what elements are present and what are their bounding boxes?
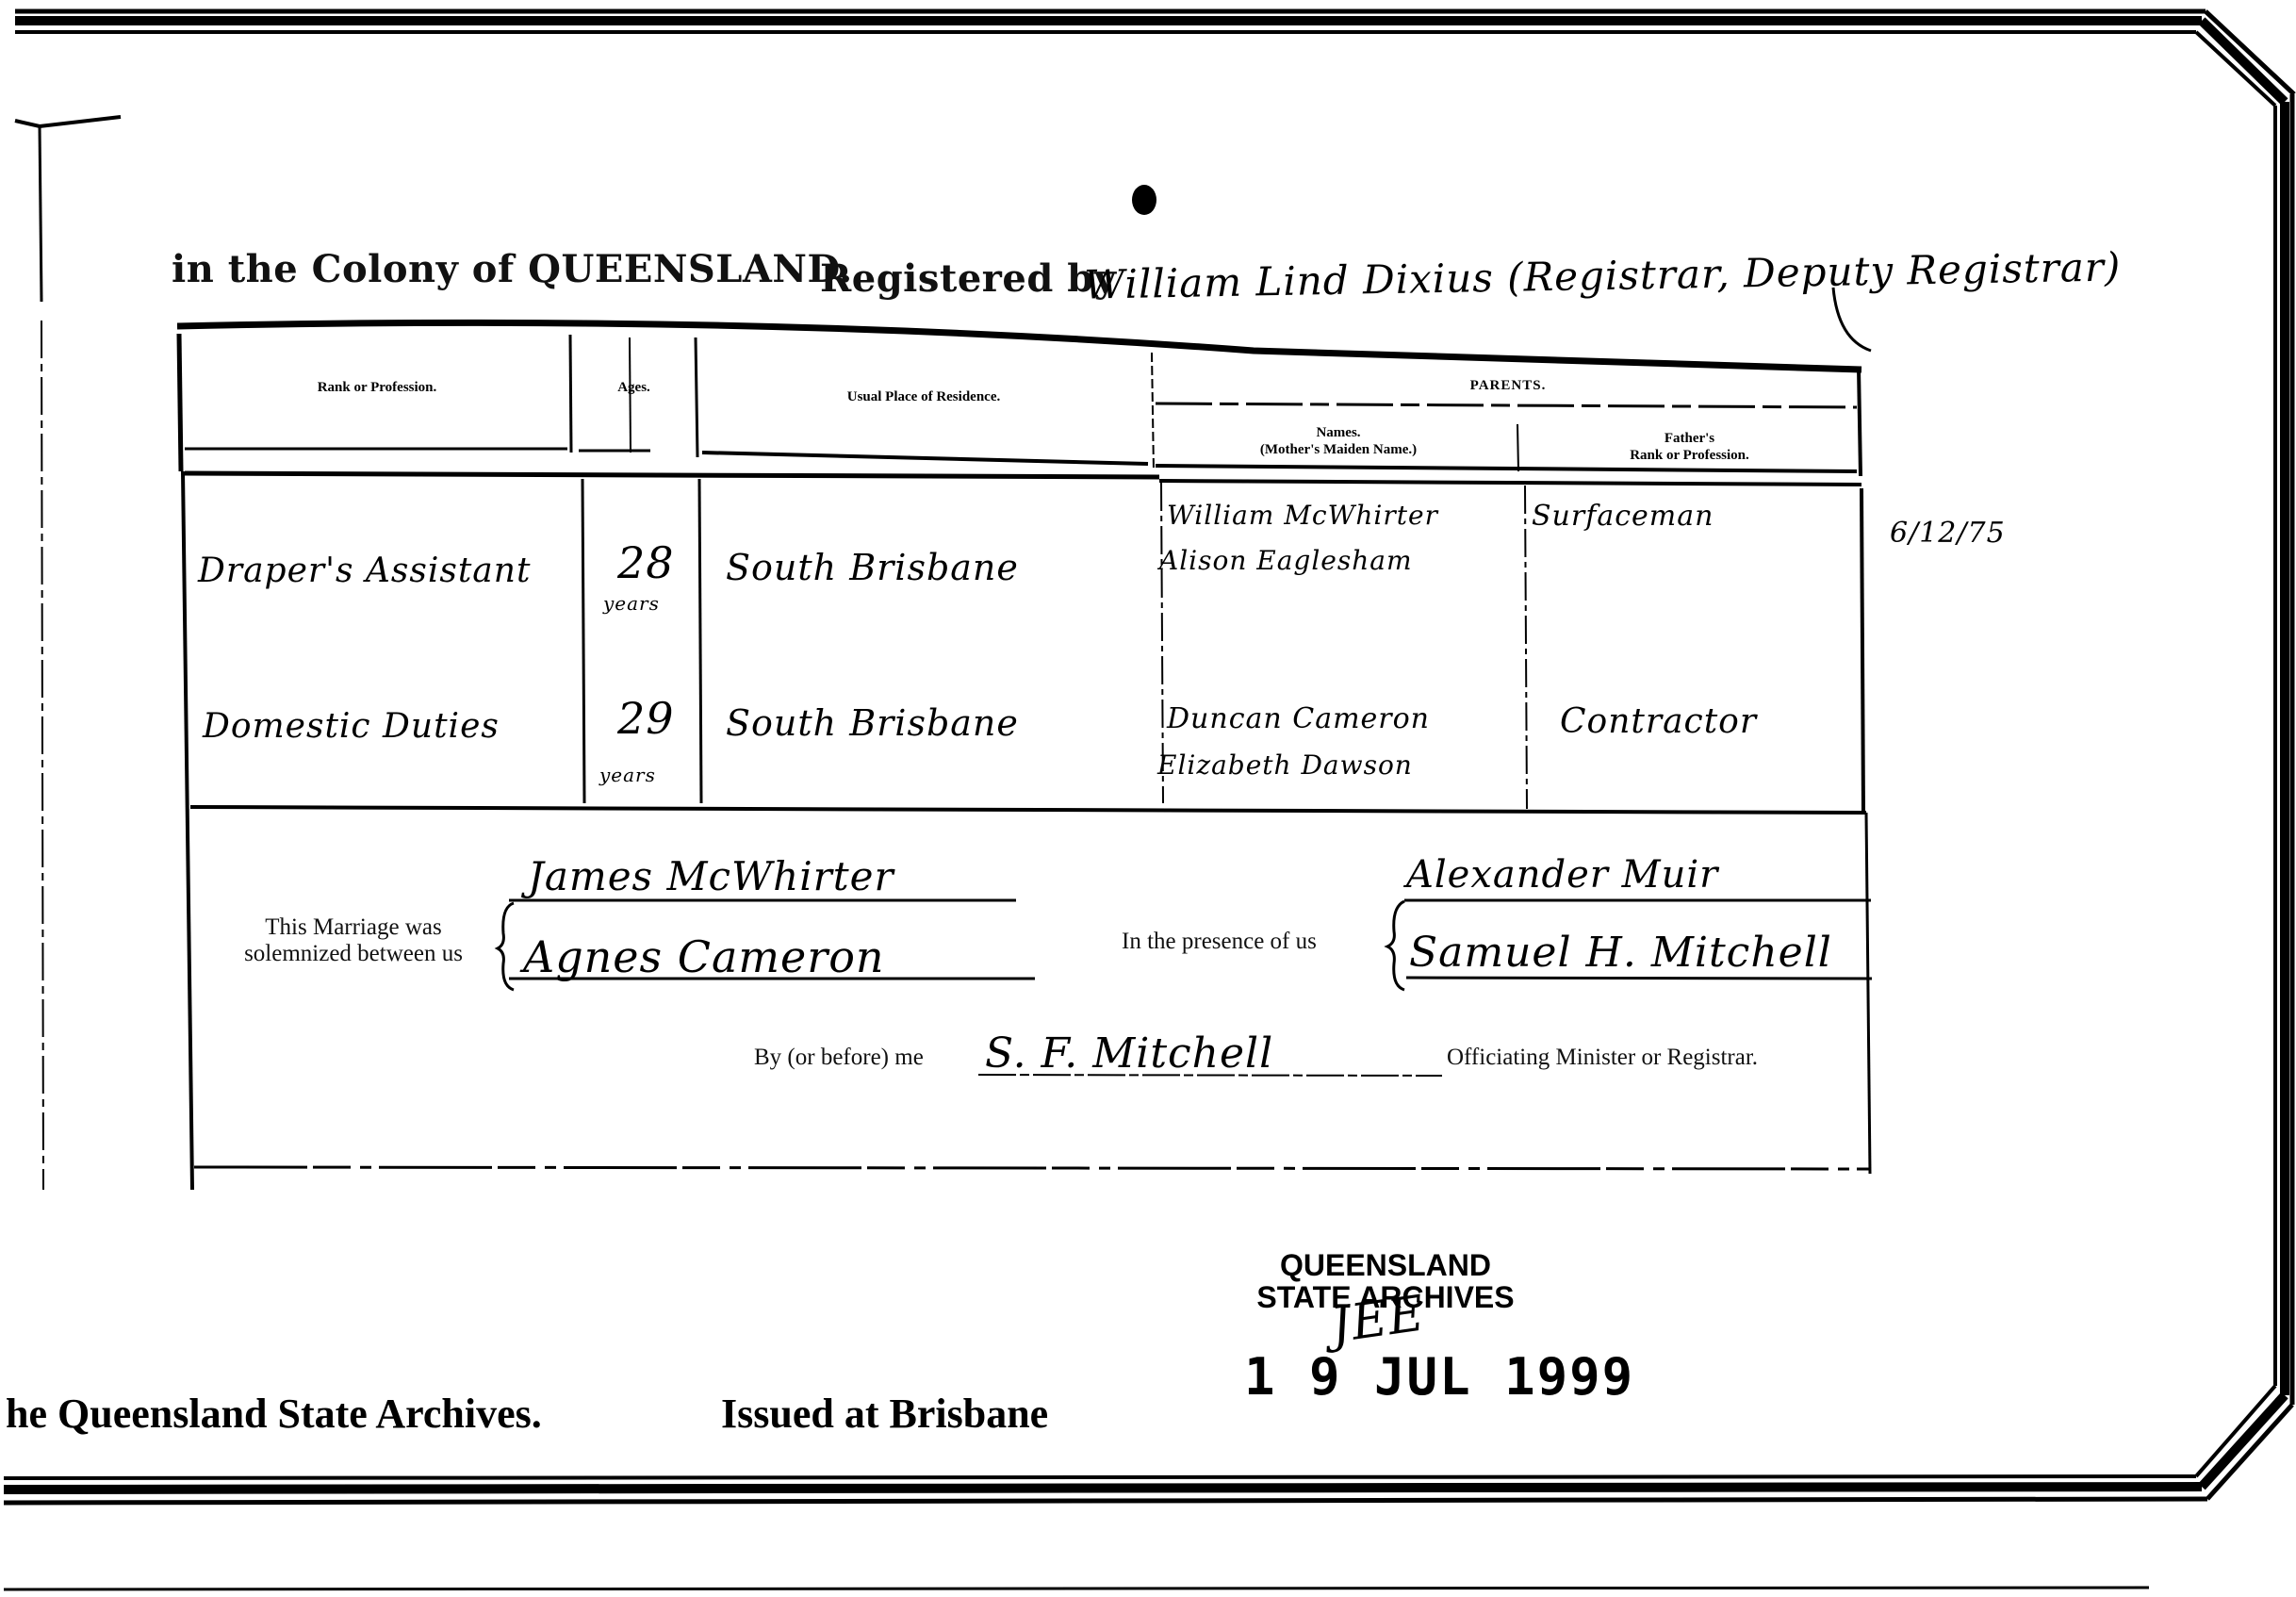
column-header-ages: Ages. (575, 379, 693, 396)
column-header-rank: Rank or Profession. (189, 379, 566, 396)
issued-at-text: Issued at Brisbane (721, 1390, 1048, 1438)
column-header-father-rank: Father's Rank or Profession. (1522, 430, 1857, 464)
row2-rank: Domestic Duties (203, 707, 500, 746)
stamp-line1: QUEENSLAND (1244, 1249, 1527, 1281)
row1-age: 28 (617, 537, 675, 588)
margin-note: 6/12/75 (1890, 517, 2006, 550)
row2-mother-name: Elizabeth Dawson (1157, 749, 1413, 781)
row2-age: 29 (617, 693, 675, 744)
row1-residence: South Brisbane (726, 547, 1019, 588)
row1-father-name: William McWhirter (1167, 500, 1438, 531)
row2-residence: South Brisbane (726, 702, 1019, 744)
register-table-lines (0, 0, 2296, 1597)
stamp-date: 1 9 JUL 1999 (1244, 1349, 1527, 1406)
row1-mother-name: Alison Eaglesham (1159, 545, 1413, 576)
witness1-signature: Alexander Muir (1406, 853, 1718, 897)
names-sub-label: (Mother's Maiden Name.) (1159, 441, 1517, 458)
solemnized-label-line1: This Marriage was (198, 914, 509, 941)
column-header-names: Names. (Mother's Maiden Name.) (1159, 424, 1517, 458)
groom-signature: James McWhirter (528, 853, 894, 899)
row1-age-unit: years (603, 592, 660, 615)
officiant-label-before: By (or before) me (754, 1045, 924, 1071)
officiant-signature: S. F. Mitchell (985, 1029, 1273, 1078)
archives-footer-text: he Queensland State Archives. (6, 1390, 542, 1438)
row1-rank: Draper's Assistant (198, 552, 531, 590)
father-rank-label: Father's (1522, 430, 1857, 447)
row2-father-rank: Contractor (1560, 702, 1757, 741)
row2-father-name: Duncan Cameron (1167, 702, 1430, 735)
names-label: Names. (1159, 424, 1517, 441)
bride-signature: Agnes Cameron (523, 931, 885, 982)
column-header-parents: PARENTS. (1159, 377, 1857, 394)
solemnized-label: This Marriage was solemnized between us (198, 914, 509, 967)
row2-age-unit: years (599, 764, 656, 786)
row1-father-rank: Surfaceman (1532, 500, 1714, 533)
witness2-signature: Samuel H. Mitchell (1409, 929, 1832, 977)
father-rank-sub-label: Rank or Profession. (1522, 447, 1857, 464)
column-header-residence: Usual Place of Residence. (702, 388, 1145, 405)
witness-label: In the presence of us (1122, 929, 1317, 955)
solemnized-label-line2: solemnized between us (198, 941, 509, 967)
officiant-label-after: Officiating Minister or Registrar. (1447, 1045, 1758, 1071)
